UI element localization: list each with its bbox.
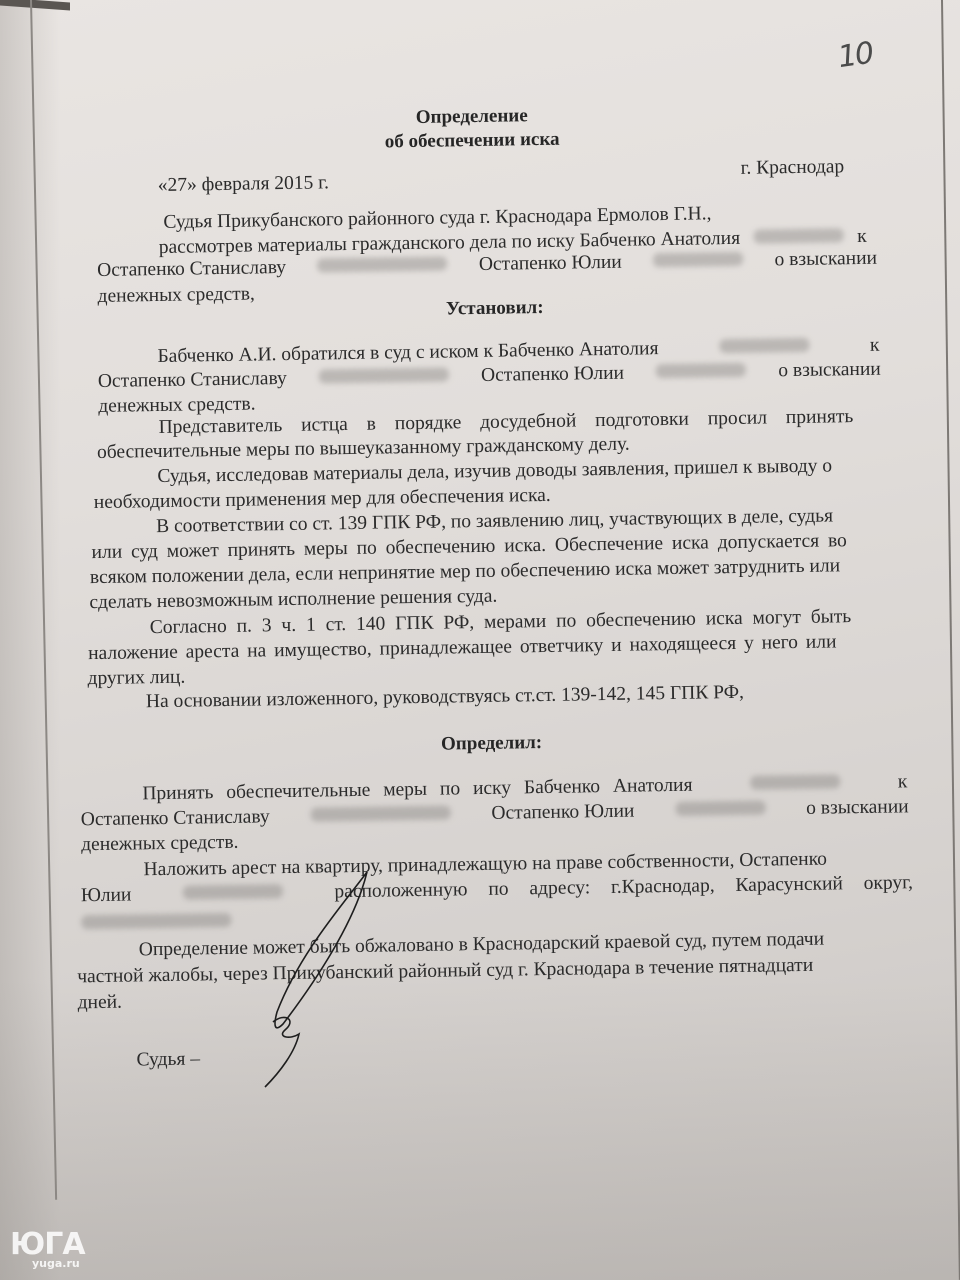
established-p2-line-1: Представитель истца в порядке досудебной… xyxy=(158,406,882,439)
established-p1-line-3: денежных средств. xyxy=(98,393,256,417)
redacted-patronymic xyxy=(675,801,765,816)
court-ruling-document: Определение об обеспечении иска «27» фев… xyxy=(0,0,960,1280)
paragraph-text: Юлии xyxy=(81,885,132,908)
redacted-patronymic xyxy=(754,228,844,243)
paragraph-text: к xyxy=(870,335,880,357)
paragraph-text: о взыскании xyxy=(778,359,881,383)
established-p5-line-3: других лиц. xyxy=(87,667,185,691)
established-p4-line-4: сделать невозможным исполнение решения с… xyxy=(89,586,497,614)
redacted-patronymic xyxy=(750,774,840,789)
ruled-p3-line-3: дней. xyxy=(77,992,122,1015)
intro-claim: о взыскании xyxy=(774,248,877,272)
redacted-patronymic xyxy=(656,363,746,378)
document-date: «27» февраля 2015 г. xyxy=(158,172,329,197)
watermark-domain: yuga.ru xyxy=(32,1258,85,1270)
defendant-1-name: Остапенко Станиславу xyxy=(97,257,286,282)
paragraph-text: о взыскании xyxy=(806,796,909,820)
defendant-2-name: Остапенко Юлии xyxy=(479,252,622,276)
intro-text-end: к xyxy=(857,226,867,248)
judge-signature xyxy=(255,862,395,1092)
redacted-patronymic xyxy=(319,367,449,383)
redacted-patronymic xyxy=(317,256,447,272)
watermark-logo: ЮГА xyxy=(10,1232,85,1258)
established-p6-line-1: На основании изложенного, руководствуясь… xyxy=(146,682,744,713)
document-city: г. Краснодар xyxy=(740,156,844,180)
redacted-address xyxy=(81,912,231,928)
redacted-patronymic xyxy=(653,252,743,267)
redacted-patronymic xyxy=(719,338,809,353)
section-heading-ruled: Определил: xyxy=(12,725,960,762)
signature-label: Судья – xyxy=(136,1048,200,1071)
redacted-patronymic xyxy=(310,805,450,821)
paragraph-text: Остапенко Юлии xyxy=(481,363,624,387)
paragraph-text: Представитель истца в порядке досудебной… xyxy=(158,406,853,439)
yuga-watermark: ЮГА yuga.ru xyxy=(10,1232,85,1270)
paragraph-text: к xyxy=(898,771,908,793)
established-p3-line-2: необходимости применения мер для обеспеч… xyxy=(94,485,551,514)
ruled-p1-line-3: денежных средств. xyxy=(81,832,239,856)
paragraph-text: Остапенко Юлии xyxy=(491,801,634,825)
paragraph-text: Остапенко Станиславу xyxy=(98,368,287,393)
paragraph-text: Остапенко Станиславу xyxy=(81,806,270,831)
ruled-p2-line-3-address xyxy=(81,908,231,932)
